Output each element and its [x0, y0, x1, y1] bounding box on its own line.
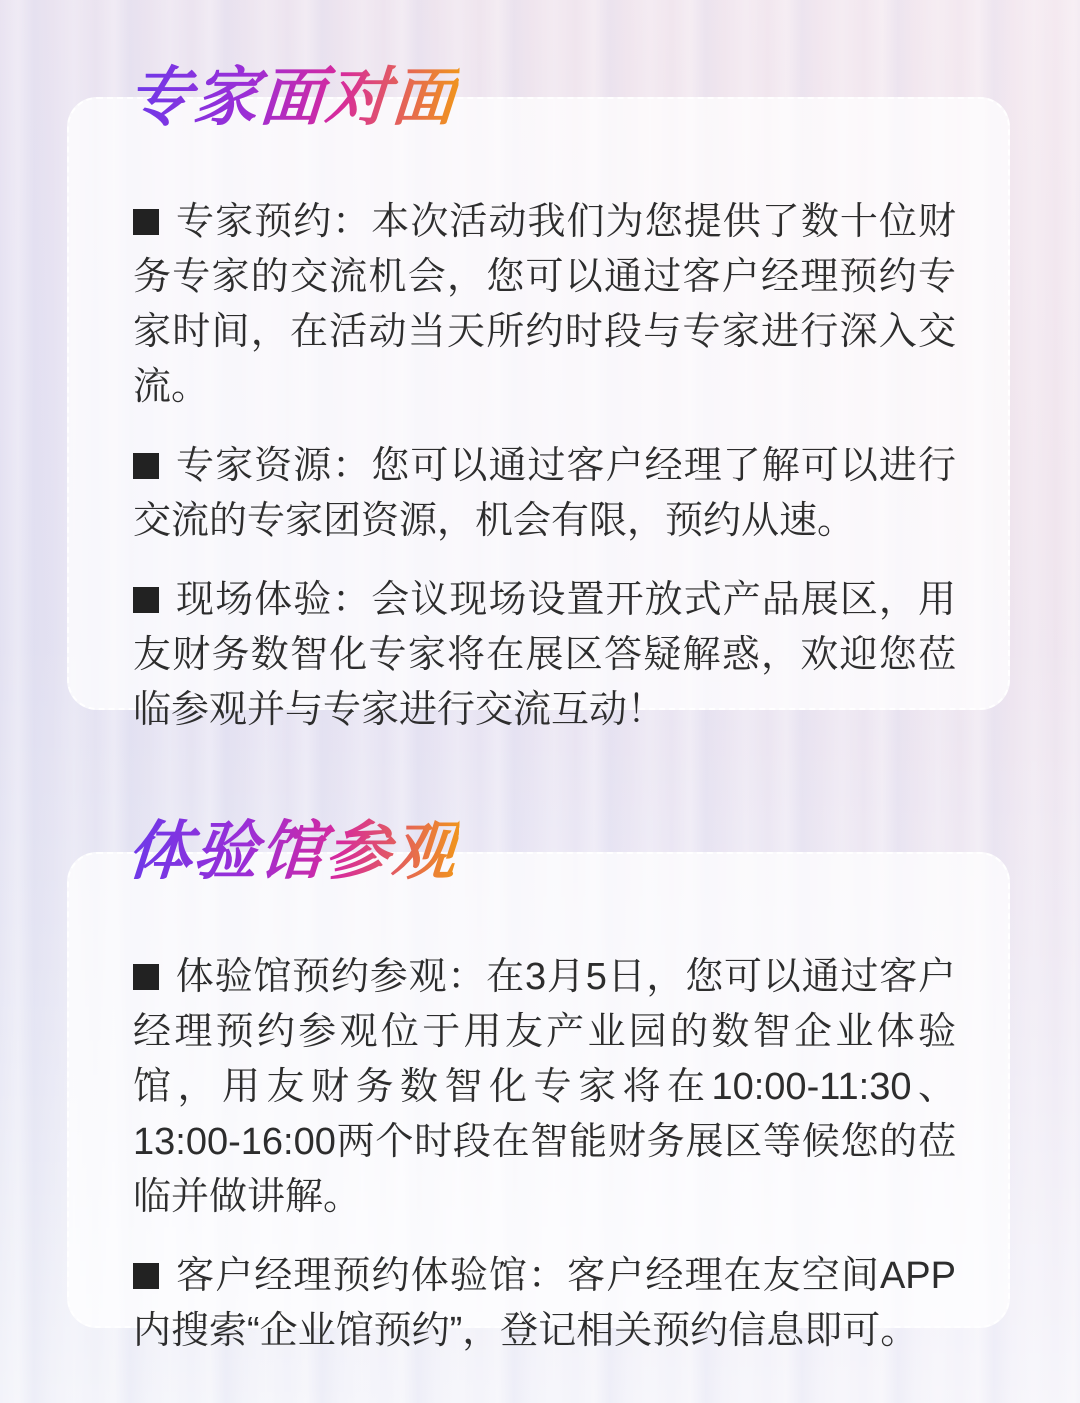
- bullet-square-icon: [133, 964, 159, 990]
- bullet-text: 客户经理预约体验馆：客户经理在友空间APP内搜索“企业馆预约”，登记相关预约信息…: [133, 1255, 956, 1352]
- bullet-hall-visit-booking: 体验馆预约参观：在3月5日，您可以通过客户经理预约参观位于用友产业园的数智企业体…: [133, 950, 956, 1225]
- experience-hall-card: 体验馆预约参观：在3月5日，您可以通过客户经理预约参观位于用友产业园的数智企业体…: [67, 852, 1010, 1328]
- section-title-expert-face-to-face: 专家面对面: [125, 46, 461, 138]
- bullet-square-icon: [133, 209, 159, 235]
- bullet-square-icon: [133, 587, 159, 613]
- bullet-text: 专家资源：您可以通过客户经理了解可以进行交流的专家团资源，机会有限，预约从速。: [133, 445, 956, 542]
- bullet-square-icon: [133, 453, 159, 479]
- bullet-manager-booking: 客户经理预约体验馆：客户经理在友空间APP内搜索“企业馆预约”，登记相关预约信息…: [133, 1249, 956, 1359]
- bullet-expert-resources: 专家资源：您可以通过客户经理了解可以进行交流的专家团资源，机会有限，预约从速。: [133, 439, 956, 549]
- section-title-experience-hall-visit: 体验馆参观: [125, 800, 461, 892]
- bullet-onsite-experience: 现场体验：会议现场设置开放式产品展区，用友财务数智化专家将在展区答疑解惑，欢迎您…: [133, 573, 956, 738]
- bullet-square-icon: [133, 1263, 159, 1289]
- bullet-text: 体验馆预约参观：在3月5日，您可以通过客户经理预约参观位于用友产业园的数智企业体…: [133, 956, 956, 1218]
- expert-face-to-face-card: 专家预约：本次活动我们为您提供了数十位财务专家的交流机会，您可以通过客户经理预约…: [67, 97, 1010, 710]
- bullet-text: 现场体验：会议现场设置开放式产品展区，用友财务数智化专家将在展区答疑解惑，欢迎您…: [133, 579, 956, 731]
- bullet-expert-booking: 专家预约：本次活动我们为您提供了数十位财务专家的交流机会，您可以通过客户经理预约…: [133, 195, 956, 415]
- bullet-text: 专家预约：本次活动我们为您提供了数十位财务专家的交流机会，您可以通过客户经理预约…: [133, 201, 956, 408]
- promo-poster: 专家面对面 专家预约：本次活动我们为您提供了数十位财务专家的交流机会，您可以通过…: [0, 0, 1080, 1403]
